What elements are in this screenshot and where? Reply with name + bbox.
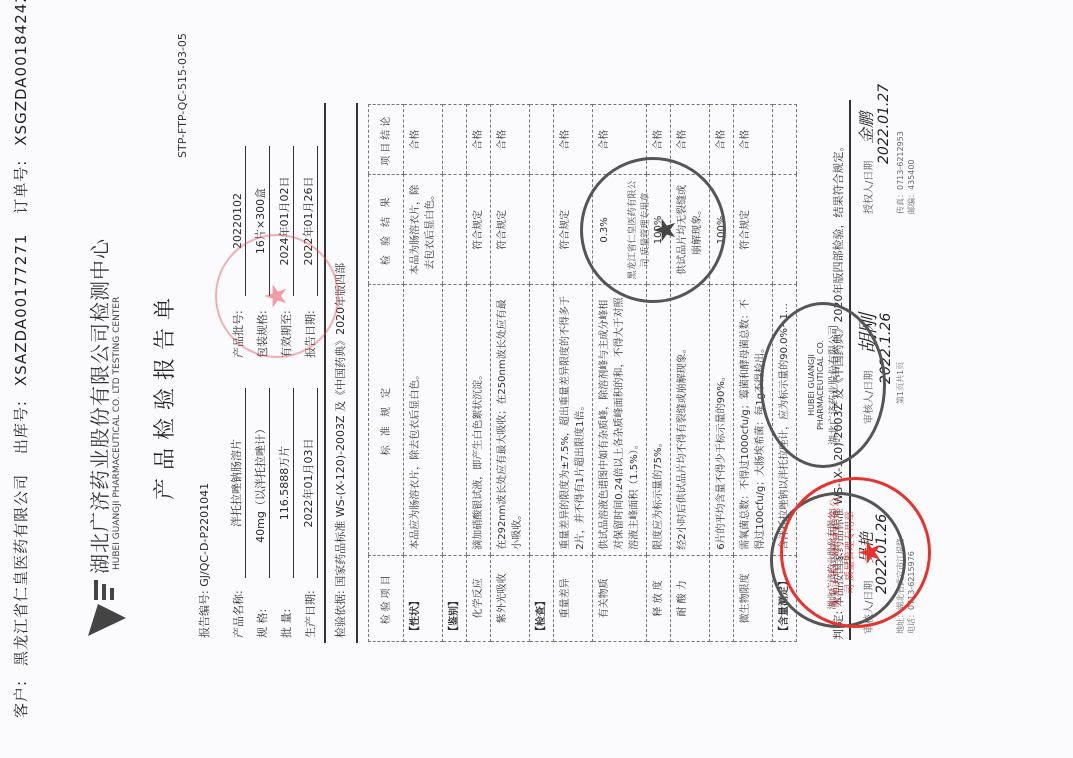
- cell-standard: 经2小时后供试品片均不得有裂缝或崩解现象。: [671, 285, 710, 555]
- form-code: STP-FTP-QC-515-03-05: [176, 33, 189, 158]
- cell-standard: 重量差异的限度为±7.5%，超出重量差异限度的不得多于2片，并不得有1片超出限度…: [554, 285, 593, 555]
- cell-standard: 本品应为肠溶衣片，除去包衣后显白色。: [404, 285, 443, 555]
- cell-standard: 6片的平均含量不得少于标示量的90%。: [710, 285, 734, 555]
- red-quality-stamp: 黑龙江省仁皇医药有限公司 质量管理专用章★: [780, 477, 931, 628]
- cell-result: [773, 175, 797, 285]
- company-logo-icon: [82, 578, 130, 638]
- product-name-label: 产品名称:: [230, 578, 246, 638]
- divider: [324, 103, 326, 643]
- cell-result: [443, 175, 467, 285]
- report-page: 客户:黑龙江省仁皇医药有限公司 出库号:XSAZDA00177271 订单号:X…: [0, 0, 1073, 758]
- table-row: 【性状】本品应为肠溶衣片，除去包衣后显白色。本品为肠溶衣片，除去包衣后显白色。合…: [404, 105, 443, 642]
- cell-item: 【鉴别】: [443, 555, 467, 641]
- cell-item: 耐 酸 力: [671, 555, 710, 641]
- outbound-label: 出库号:: [12, 400, 30, 454]
- col-standard: 标 准 规 定: [369, 285, 404, 555]
- cell-standard: [443, 285, 467, 555]
- product-info: 产品名称: 泮托拉唑钠肠溶片 产品批号: 20220102 规 格: 40mg（…: [222, 118, 318, 638]
- cell-standard: 滴加硝酸银试液，即产生白色絮状沉淀。: [467, 285, 491, 555]
- seal-1-cn: 湖北广济药业股份有限公司: [825, 325, 840, 445]
- cell-item: 释 放 度: [647, 555, 671, 641]
- cell-conclusion: 合格: [554, 105, 593, 175]
- customer-name: 黑龙江省仁皇医药有限公司: [12, 474, 30, 666]
- table-row: 【检查】: [530, 105, 554, 642]
- company-name: 湖北广济药业股份有限公司检测中心: [84, 238, 113, 574]
- company-name-en: HUBEI GUANGJI PHARMACEUTICAL CO. LTD TES…: [112, 297, 122, 570]
- cell-conclusion: [773, 105, 797, 175]
- product-name-value: 泮托拉唑钠肠溶片: [228, 388, 246, 578]
- outbound-no: XSAZDA00177271: [12, 234, 30, 387]
- cell-standard: 限度应为标示量的75%。: [647, 285, 671, 555]
- cell-item: 有关物质: [593, 555, 647, 641]
- red-stamp-text: 黑龙江省仁皇医药有限公司 质量管理专用章: [826, 498, 856, 608]
- col-item: 检验项目: [369, 555, 404, 641]
- table-header-row: 检验项目 标 准 规 定 检 验 结 果 项目结论: [369, 105, 404, 642]
- test-results-table: 检验项目 标 准 规 定 检 验 结 果 项目结论 【性状】本品应为肠溶衣片，除…: [368, 104, 797, 642]
- cell-conclusion: 合格: [491, 105, 530, 175]
- cell-result: 符合规定: [734, 175, 773, 285]
- cell-item: 化学反应: [467, 555, 491, 641]
- batch-qty-label: 批 量:: [278, 578, 294, 638]
- approver-date: 2022.01.27: [876, 84, 892, 164]
- cell-standard: [530, 285, 554, 555]
- cell-item: 紫外光吸收: [491, 555, 530, 641]
- company-seal-1: HUBEI GUANGJI PHARMACEUTICAL CO.湖北广济药业股份…: [760, 302, 886, 468]
- cell-item: 重量差异: [554, 555, 593, 641]
- table-row: 重量差异重量差异的限度为±7.5%，超出重量差异限度的不得多于2片，并不得有1片…: [554, 105, 593, 642]
- cell-conclusion: [530, 105, 554, 175]
- footer-postcode: 邮编：435400: [906, 159, 917, 214]
- batch-qty-value: 116.5888万片: [276, 388, 294, 578]
- cell-standard: 在292nm波长处应有最大吸收；在250nm波长处应有最小吸收。: [491, 285, 530, 555]
- test-basis-label: 检验依据:: [334, 590, 347, 638]
- seal-1-en: HUBEI GUANGJI PHARMACEUTICAL CO.: [807, 325, 825, 445]
- cell-conclusion: 合格: [734, 105, 773, 175]
- spec-value: 40mg（以泮托拉唑计）: [252, 388, 270, 578]
- cell-conclusion: 合格: [404, 105, 443, 175]
- cell-conclusion: [443, 105, 467, 175]
- report-title: 产品检验报告单: [148, 290, 179, 500]
- cell-item: 【检查】: [530, 555, 554, 641]
- mfg-date-value: 2022年01月03日: [300, 388, 318, 578]
- cell-item: 微生物限度: [734, 555, 773, 641]
- mfg-date-label: 生产日期:: [302, 578, 318, 638]
- cell-standard: 供试品溶液色谱图中如有杂质峰，除溶剂峰与主成分峰相对保留时间0.24倍以上各杂质…: [593, 285, 647, 555]
- customer-label: 客户:: [12, 680, 30, 718]
- table-row: 6片的平均含量不得少于标示量的90%。100%合格: [710, 105, 734, 642]
- footer-page: 第1页共1页: [895, 362, 906, 404]
- order-label: 订单号:: [12, 160, 30, 214]
- cell-conclusion: 合格: [467, 105, 491, 175]
- quality-stamp: 黑龙江省仁皇医药有限公司 质量管理专用章★: [580, 157, 726, 303]
- approver-signature: 金鹏: [854, 112, 877, 144]
- table-row: 【鉴别】: [443, 105, 467, 642]
- report-number-label: 报告编号:: [198, 590, 211, 638]
- col-conclusion: 项目结论: [369, 105, 404, 175]
- footer-fax: 传真：0713-6212953: [895, 131, 906, 214]
- spec-label: 规 格:: [254, 578, 270, 638]
- report-number: 报告编号: GJ/QC-D-P2201041: [196, 483, 212, 638]
- table-row: 紫外光吸收在292nm波长处应有最大吸收；在250nm波长处应有最小吸收。符合规…: [491, 105, 530, 642]
- cell-result: [530, 175, 554, 285]
- approver-label: 授权人/日期: [860, 161, 875, 214]
- cell-item: [710, 555, 734, 641]
- divider: [356, 103, 358, 643]
- cell-conclusion: 合格: [710, 105, 734, 175]
- order-no: XSGZDA00184242: [12, 0, 30, 146]
- cell-result: 符合规定: [491, 175, 530, 285]
- report-number-value: GJ/QC-D-P2201041: [198, 483, 211, 587]
- customer-line: 客户:黑龙江省仁皇医药有限公司 出库号:XSAZDA00177271 订单号:X…: [10, 38, 31, 718]
- table-row: 化学反应滴加硝酸银试液，即产生白色絮状沉淀。符合规定合格: [467, 105, 491, 642]
- cell-result: 符合规定: [467, 175, 491, 285]
- cell-item: 【性状】: [404, 555, 443, 641]
- faint-red-stamp: ★: [215, 234, 339, 358]
- col-result: 检 验 结 果: [369, 175, 404, 285]
- cell-result: 本品为肠溶衣片，除去包衣后显白色。: [404, 175, 443, 285]
